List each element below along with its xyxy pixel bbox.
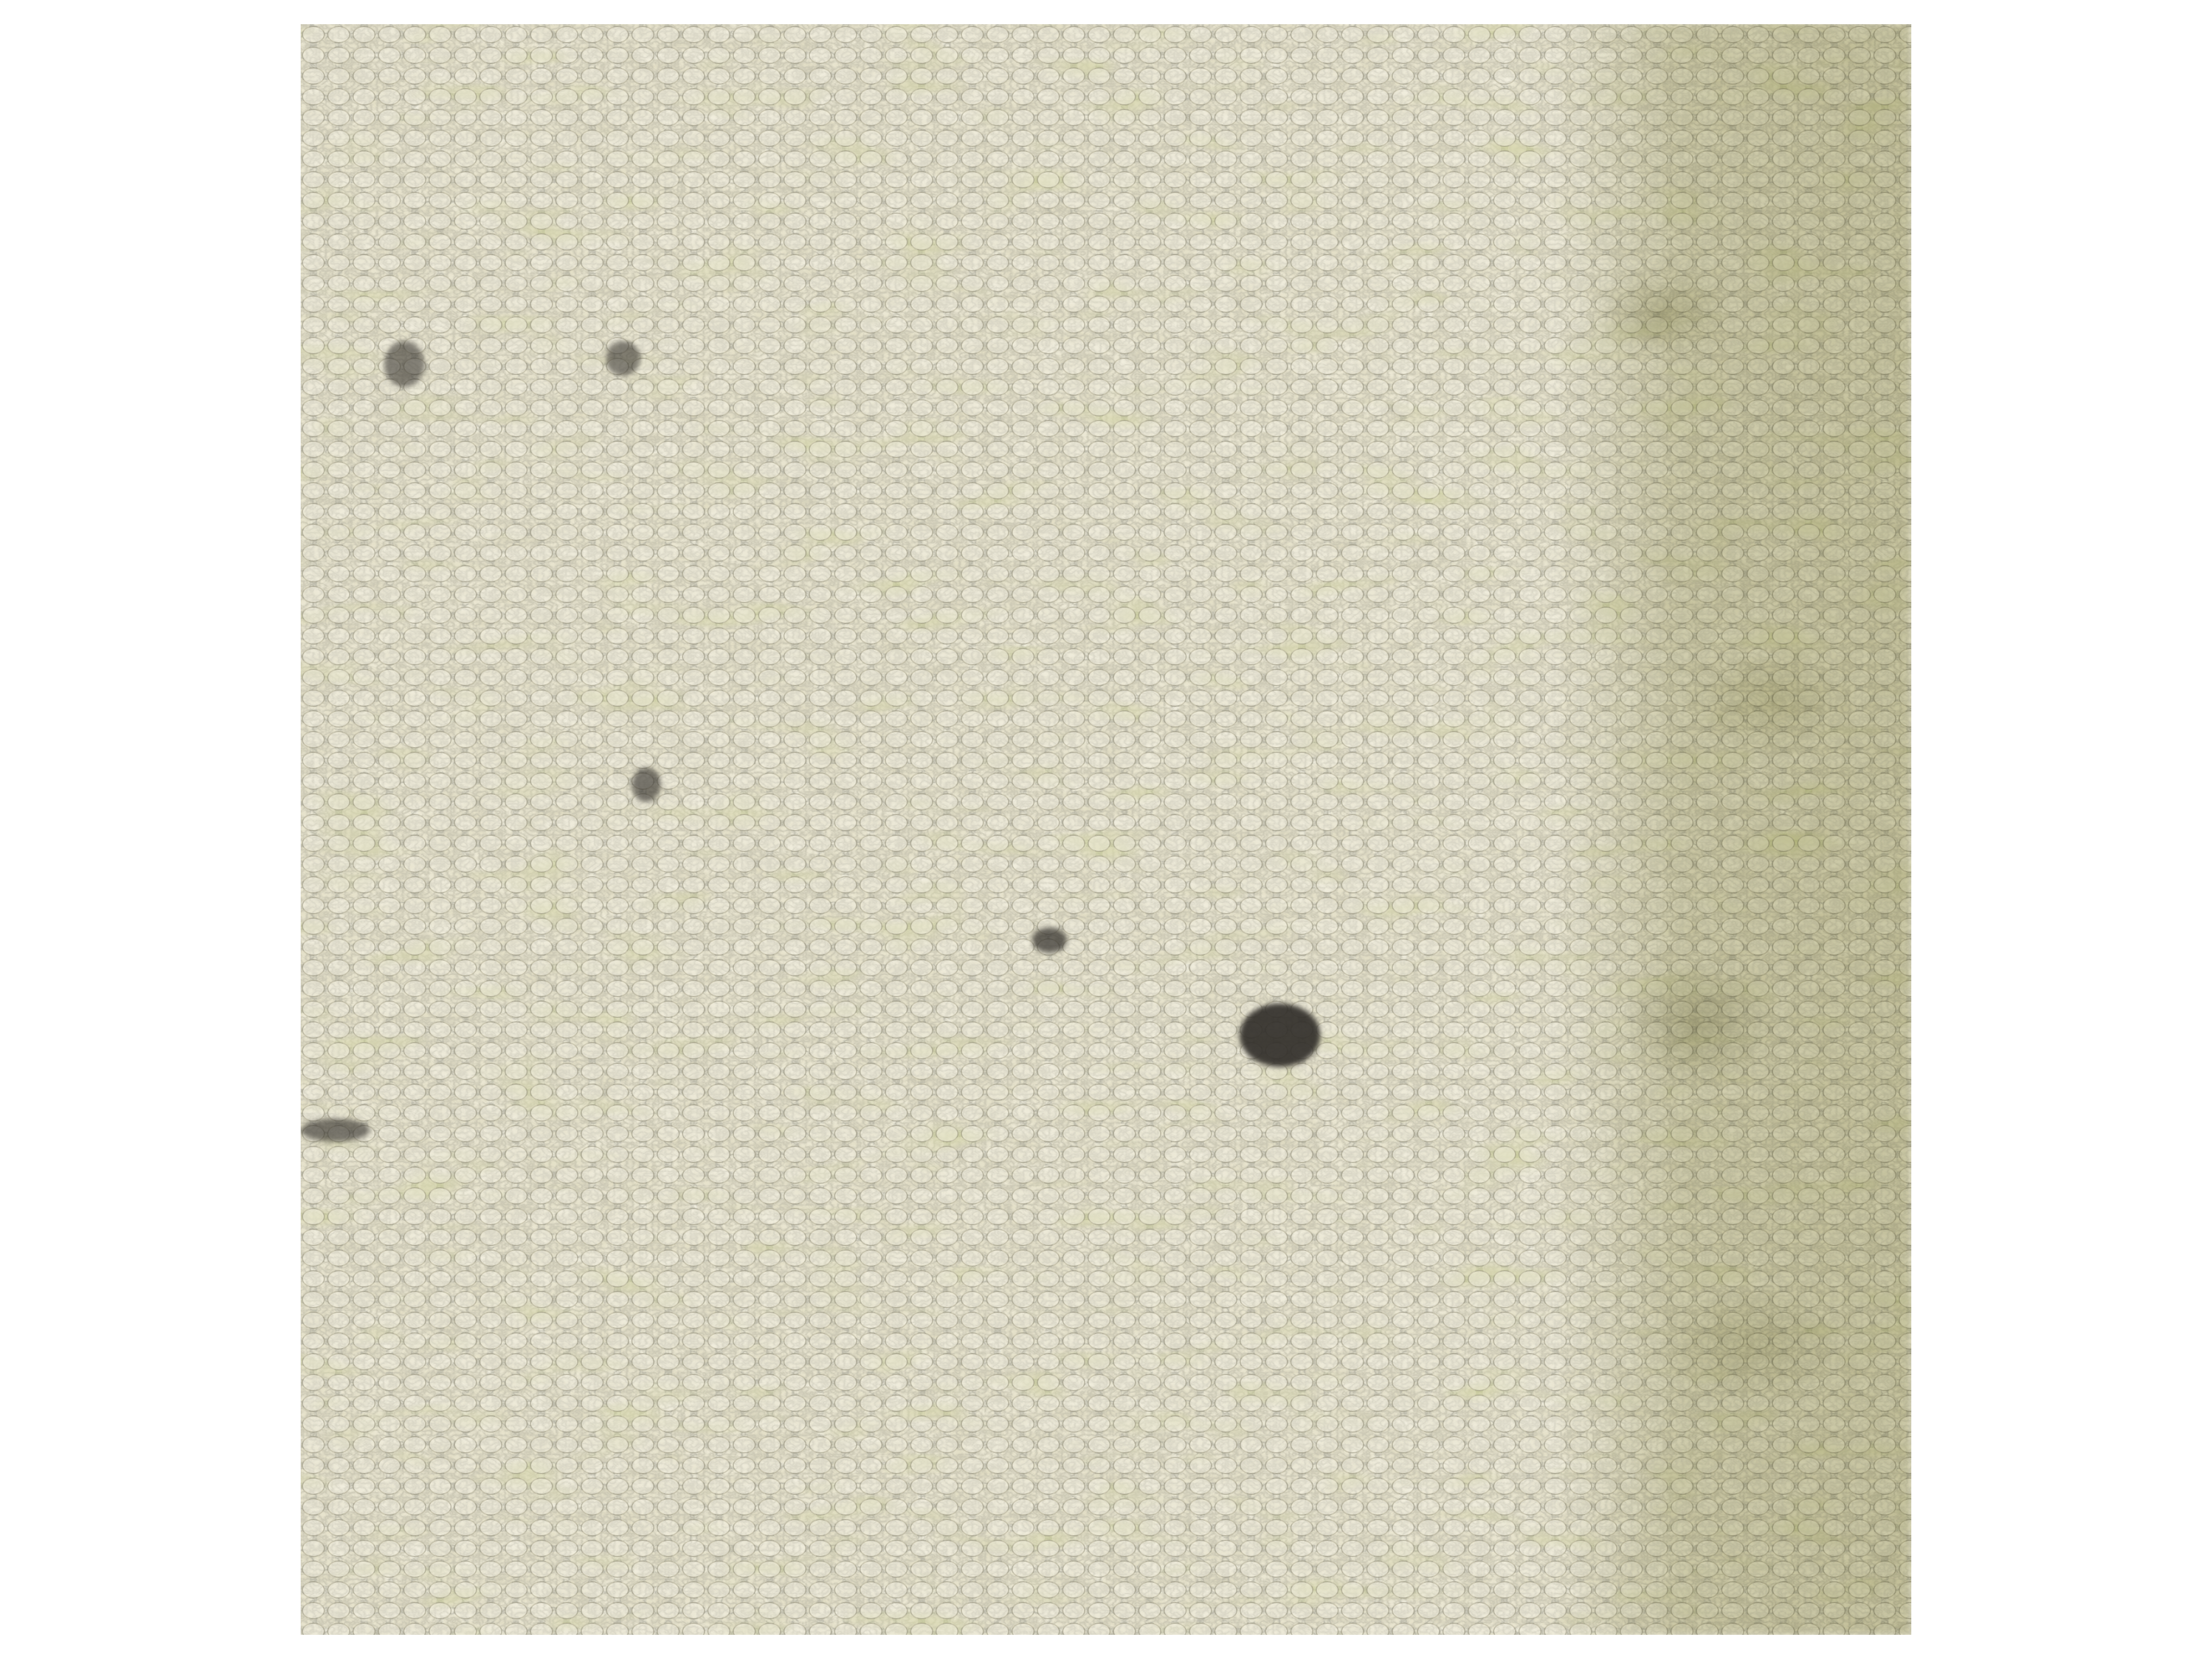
dark-yarn-spot [632,767,661,802]
dark-yarn-spot [301,1119,370,1142]
rug-texture-swatch [301,24,1911,1635]
dark-yarn-spot [1032,927,1067,953]
dark-yarn-spot [1240,1003,1320,1067]
photo-canvas [0,0,2212,1659]
shag-pile-region [1554,24,1911,1635]
dark-yarn-spot [606,341,641,376]
dark-yarn-spot [384,341,425,387]
